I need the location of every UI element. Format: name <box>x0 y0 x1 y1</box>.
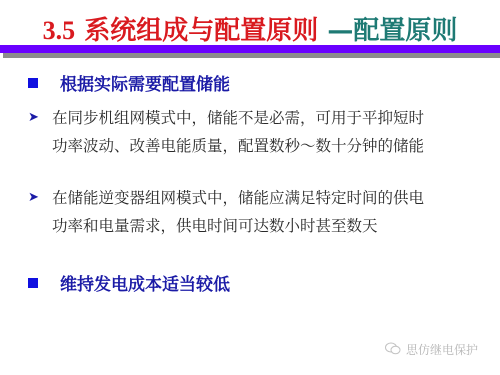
bullet-line: 功率波动、改善电能质量，配置数秒～数十分钟的储能 <box>52 132 424 160</box>
section-heading-1: 根据实际需要配置储能 <box>28 70 230 95</box>
title-sub: —配置原则 <box>327 16 457 46</box>
title-main: 系统组成与配置原则 <box>84 16 318 46</box>
title-divider-bar <box>0 45 500 53</box>
arrow-bullet-icon: ➤ <box>28 184 39 212</box>
watermark-text: 思仿继电保护 <box>406 341 478 358</box>
title-divider-shadow <box>3 53 500 58</box>
bullet-item-1: ➤ 在同步机组网模式中，储能不是必需，可用于平抑短时 功率波动、改善电能质量，配… <box>28 104 424 160</box>
square-bullet-icon <box>28 278 38 288</box>
heading-text: 维持发电成本适当较低 <box>60 270 230 295</box>
bullet-line: 功率和电量需求，供电时间可达数小时甚至数天 <box>52 212 424 240</box>
arrow-bullet-icon: ➤ <box>28 104 39 132</box>
wechat-icon <box>385 342 401 358</box>
bullet-item-2: ➤ 在储能逆变器组网模式中，储能应满足特定时间的供电 功率和电量需求，供电时间可… <box>28 184 424 240</box>
heading-text: 根据实际需要配置储能 <box>60 70 230 95</box>
bullet-line: 在储能逆变器组网模式中，储能应满足特定时间的供电 <box>52 184 424 212</box>
watermark: 思仿继电保护 <box>385 341 478 358</box>
title-number: 3.5 <box>43 16 76 45</box>
bullet-line: 在同步机组网模式中，储能不是必需，可用于平抑短时 <box>52 104 424 132</box>
square-bullet-icon <box>28 78 38 88</box>
section-heading-2: 维持发电成本适当较低 <box>28 270 230 295</box>
slide-title: 3.5 系统组成与配置原则 —配置原则 <box>0 10 500 47</box>
